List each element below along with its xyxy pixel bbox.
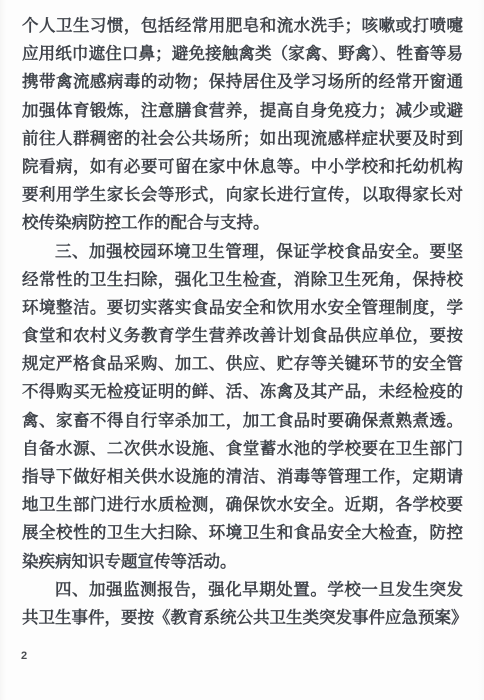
text-line: 食堂和农村义务教育学生营养改善计划食品供应单位，要按照 bbox=[22, 322, 463, 350]
page-number: 2 bbox=[21, 650, 27, 662]
text-line: 前往人群稠密的社会公共场所；如出现流感样症状要及时到医 bbox=[22, 125, 463, 153]
document-page: 个人卫生习惯，包括经常用肥皂和流水洗手；咳嗽或打喷嚏时应用纸巾遮住口鼻；避免接触… bbox=[0, 0, 484, 700]
text-line: 展全校性的卫生大扫除、环境卫生和食品安全大检查，防控传 bbox=[22, 519, 463, 547]
text-line: 个人卫生习惯，包括经常用肥皂和流水洗手；咳嗽或打喷嚏时 bbox=[22, 12, 463, 40]
text-line: 三、加强校园环境卫生管理，保证学校食品安全。要坚持 bbox=[22, 238, 463, 266]
text-line: 要利用学生家长会等形式，向家长进行宣传，以取得家长对学 bbox=[22, 181, 463, 209]
text-line: 校传染病防控工作的配合与支持。 bbox=[22, 209, 463, 237]
text-line: 院看病，如有必要可留在家中休息等。中小学校和托幼机构还 bbox=[22, 153, 463, 181]
text-line: 应用纸巾遮住口鼻；避免接触禽类（家禽、野禽）、牲畜等易于 bbox=[22, 40, 463, 68]
text-line: 自备水源、二次供水设施、食堂蓄水池的学校要在卫生部门的 bbox=[22, 435, 463, 463]
document-body: 个人卫生习惯，包括经常用肥皂和流水洗手；咳嗽或打喷嚏时应用纸巾遮住口鼻；避免接触… bbox=[22, 12, 463, 632]
text-line: 共卫生事件，要按《教育系统公共卫生类突发事件应急预案》 bbox=[22, 604, 463, 632]
text-line: 经常性的卫生扫除，强化卫生检查，消除卫生死角，保持校园 bbox=[22, 266, 463, 294]
text-line: 不得购买无检疫证明的鲜、活、冻禽及其产品，未经检疫的家 bbox=[22, 378, 463, 406]
text-line: 染疾病知识专题宣传等活动。 bbox=[22, 548, 463, 576]
text-line: 携带禽流感病毒的动物；保持居住及学习场所的经常开窗通风； bbox=[22, 68, 463, 96]
text-line: 地卫生部门进行水质检测，确保饮水安全。近期，各学校要开 bbox=[22, 491, 463, 519]
text-line: 环境整洁。要切实落实食品安全和饮用水安全管理制度，学校 bbox=[22, 294, 463, 322]
text-line: 禽、家畜不得自行宰杀加工，加工食品时要确保煮熟煮透。有 bbox=[22, 407, 463, 435]
text-line: 四、加强监测报告，强化早期处置。学校一旦发生突发公 bbox=[22, 576, 463, 604]
text-line: 加强体育锻炼，注意膳食营养，提高自身免疫力；减少或避免 bbox=[22, 97, 463, 125]
text-line: 规定严格食品采购、加工、供应、贮存等关键环节的安全管理， bbox=[22, 350, 463, 378]
text-line: 指导下做好相关供水设施的清洁、消毒等管理工作，定期请当 bbox=[22, 463, 463, 491]
